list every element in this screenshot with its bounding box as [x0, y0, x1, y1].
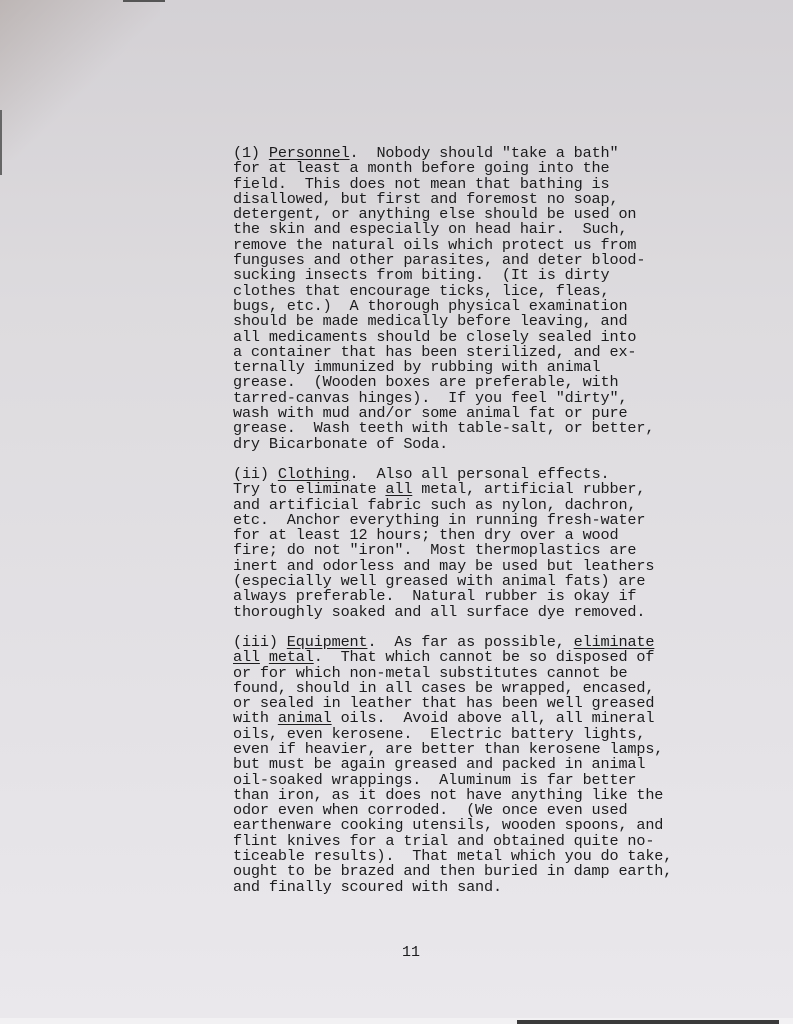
page-edge-mark-bottom [517, 1020, 779, 1024]
page-edge-mark-left [0, 110, 2, 175]
page-edge-mark-top [123, 0, 165, 2]
page-number: 11 [402, 944, 420, 961]
section-personnel: (1) Personnel. Nobody should "take a bat… [233, 146, 713, 452]
text-segment: dry Bicarbonate of Soda. [233, 435, 448, 453]
text-line: and finally scoured with sand. [233, 880, 713, 895]
text-line: dry Bicarbonate of Soda. [233, 437, 713, 452]
page-corner-shadow [0, 0, 160, 160]
body-text: (1) Personnel. Nobody should "take a bat… [233, 146, 713, 910]
scanned-page: (1) Personnel. Nobody should "take a bat… [0, 0, 793, 1024]
section-clothing: (ii) Clothing. Also all personal effects… [233, 467, 713, 620]
text-line: thoroughly soaked and all surface dye re… [233, 605, 713, 620]
text-segment: and finally scoured with sand. [233, 878, 502, 896]
text-segment: thoroughly soaked and all surface dye re… [233, 603, 645, 621]
section-equipment: (iii) Equipment. As far as possible, eli… [233, 635, 713, 895]
